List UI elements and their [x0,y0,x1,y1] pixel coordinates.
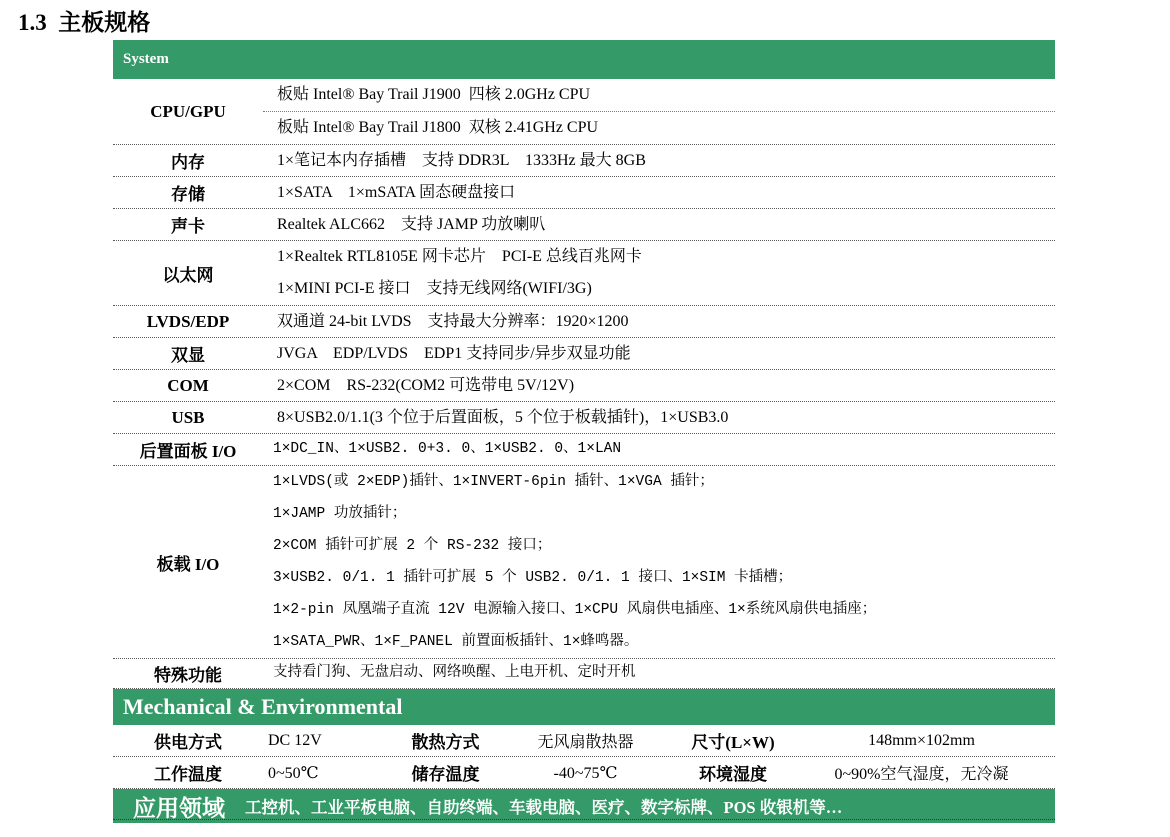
row-cpu-gpu: CPU/GPU 板贴 Intel® Bay Trail J1900 四核 2.0… [113,79,1055,145]
row-label: USB [113,402,263,433]
row-dual-display: 双显 JVGA EDP/LVDS EDP1 支持同步/异步双显功能 [113,338,1055,370]
row-label: 板载 I/O [113,466,263,658]
row-value: 1×SATA 1×mSATA 固态硬盘接口 [263,177,1055,208]
row-lvds-edp: LVDS/EDP 双通道 24-bit LVDS 支持最大分辨率：1920×12… [113,306,1055,338]
row-special-functions: 特殊功能 支持看门狗、无盘启动、网络唤醒、上电开机、定时开机 [113,659,1055,689]
row-value-line: 支持看门狗、无盘启动、网络唤醒、上电开机、定时开机 [263,659,1055,688]
mech-label-cooling: 散热方式 [398,728,493,753]
row-onboard-io: 板载 I/O 1×LVDS(或 2×EDP)插针、1×INVERT-6pin 插… [113,466,1055,659]
row-value-line: 1×MINI PCI-E 接口 支持无线网络(WIFI/3G) [263,273,1055,305]
row-label: 特殊功能 [113,659,263,688]
mech-value-power: DC 12V [263,732,398,750]
row-usb: USB 8×USB2.0/1.1(3 个位于后置面板，5 个位于板载插针)，1×… [113,402,1055,434]
mech-value-operating-temp: 0~50℃ [263,763,398,783]
row-label: LVDS/EDP [113,306,263,337]
row-temperature-humidity: 工作温度 0~50℃ 储存温度 -40~75℃ 环境湿度 0~90%空气湿度，无… [113,757,1055,789]
row-value-line: 3×USB2. 0/1. 1 插针可扩展 5 个 USB2. 0/1. 1 接口… [263,562,1055,594]
row-value: 1×LVDS(或 2×EDP)插针、1×INVERT-6pin 插针、1×VGA… [263,466,1055,658]
row-label: 后置面板 I/O [113,434,263,465]
row-label: 声卡 [113,209,263,240]
row-audio: 声卡 Realtek ALC662 支持 JAMP 功放喇叭 [113,209,1055,241]
row-value: 8×USB2.0/1.1(3 个位于后置面板，5 个位于板载插针)，1×USB3… [263,402,1055,433]
mech-value-humidity: 0~90%空气湿度，无冷凝 [788,761,1055,784]
mech-value-cooling: 无风扇散热器 [493,729,678,752]
section-header-system: System [113,40,1055,79]
section-header-mechanical: Mechanical & Environmental [113,689,1055,725]
row-value-line: 1×JAMP 功放插针； [263,498,1055,530]
mech-label-humidity: 环境湿度 [678,760,788,785]
row-value: 支持看门狗、无盘启动、网络唤醒、上电开机、定时开机 [263,659,1055,688]
section-header-mechanical-label: Mechanical & Environmental [123,694,402,720]
spec-table: System CPU/GPU 板贴 Intel® Bay Trail J1900… [113,40,1055,823]
row-value-line: 1×LVDS(或 2×EDP)插针、1×INVERT-6pin 插针、1×VGA… [263,466,1055,498]
row-value: 双通道 24-bit LVDS 支持最大分辨率：1920×1200 [263,306,1055,337]
application-value: 工控机、工业平板电脑、自助终端、车载电脑、医疗、数字标牌、POS 收银机等… [245,794,842,818]
row-value: 1×DC_IN、1×USB2. 0+3. 0、1×USB2. 0、1×LAN [263,434,1055,465]
row-label: 存储 [113,177,263,208]
row-label: 内存 [113,145,263,176]
row-value-line: 1×2-pin 凤凰端子直流 12V 电源输入接口、1×CPU 风扇供电插座、1… [263,594,1055,626]
row-value: JVGA EDP/LVDS EDP1 支持同步/异步双显功能 [263,338,1055,369]
row-value-line: 1×SATA 1×mSATA 固态硬盘接口 [263,177,1055,208]
application-label: 应用领域 [113,790,245,823]
row-rear-panel-io: 后置面板 I/O 1×DC_IN、1×USB2. 0+3. 0、1×USB2. … [113,434,1055,466]
row-value-line: 1×SATA_PWR、1×F_PANEL 前置面板插针、1×蜂鸣器。 [263,626,1055,658]
row-label: COM [113,370,263,401]
spec-sheet-page: 1.3 主板规格 System CPU/GPU 板贴 Intel® Bay Tr… [0,0,1170,837]
row-label: CPU/GPU [113,79,263,144]
row-value-line: 2×COM 插针可扩展 2 个 RS-232 接口； [263,530,1055,562]
mech-value-storage-temp: -40~75℃ [493,763,678,783]
row-value: 1×Realtek RTL8105E 网卡芯片 PCI-E 总线百兆网卡 1×M… [263,241,1055,305]
row-value-line: 1×Realtek RTL8105E 网卡芯片 PCI-E 总线百兆网卡 [263,241,1055,273]
row-value: Realtek ALC662 支持 JAMP 功放喇叭 [263,209,1055,240]
section-header-system-label: System [123,51,169,68]
row-value-line: 2×COM RS-232(COM2 可选带电 5V/12V) [263,370,1055,401]
mech-label-size: 尺寸(L×W) [678,728,788,753]
row-value-line: 双通道 24-bit LVDS 支持最大分辨率：1920×1200 [263,306,1055,337]
row-memory: 内存 1×笔记本内存插槽 支持 DDR3L 1333Hz 最大 8GB [113,145,1055,177]
page-title: 1.3 主板规格 [18,4,150,37]
mech-label-power: 供电方式 [113,728,263,753]
row-label: 双显 [113,338,263,369]
row-value-line: 1×DC_IN、1×USB2. 0+3. 0、1×USB2. 0、1×LAN [263,434,1055,465]
section-application-areas: 应用领域 工控机、工业平板电脑、自助终端、车载电脑、医疗、数字标牌、POS 收银… [113,789,1055,823]
mech-value-size: 148mm×102mm [788,732,1055,750]
row-value-line: Realtek ALC662 支持 JAMP 功放喇叭 [263,209,1055,240]
row-label: 以太网 [113,241,263,305]
row-value-line: 板贴 Intel® Bay Trail J1900 四核 2.0GHz CPU [263,79,1055,112]
row-value: 板贴 Intel® Bay Trail J1900 四核 2.0GHz CPU … [263,79,1055,144]
row-com: COM 2×COM RS-232(COM2 可选带电 5V/12V) [113,370,1055,402]
row-value-line: 8×USB2.0/1.1(3 个位于后置面板，5 个位于板载插针)，1×USB3… [263,402,1055,433]
row-power-cooling-size: 供电方式 DC 12V 散热方式 无风扇散热器 尺寸(L×W) 148mm×10… [113,725,1055,757]
row-value-line: 1×笔记本内存插槽 支持 DDR3L 1333Hz 最大 8GB [263,145,1055,176]
row-value-line: JVGA EDP/LVDS EDP1 支持同步/异步双显功能 [263,338,1055,369]
mech-label-storage-temp: 储存温度 [398,760,493,785]
row-storage: 存储 1×SATA 1×mSATA 固态硬盘接口 [113,177,1055,209]
row-value: 1×笔记本内存插槽 支持 DDR3L 1333Hz 最大 8GB [263,145,1055,176]
row-value: 2×COM RS-232(COM2 可选带电 5V/12V) [263,370,1055,401]
mech-label-operating-temp: 工作温度 [113,760,263,785]
row-value-line: 板贴 Intel® Bay Trail J1800 双核 2.41GHz CPU [263,112,1055,144]
row-ethernet: 以太网 1×Realtek RTL8105E 网卡芯片 PCI-E 总线百兆网卡… [113,241,1055,306]
